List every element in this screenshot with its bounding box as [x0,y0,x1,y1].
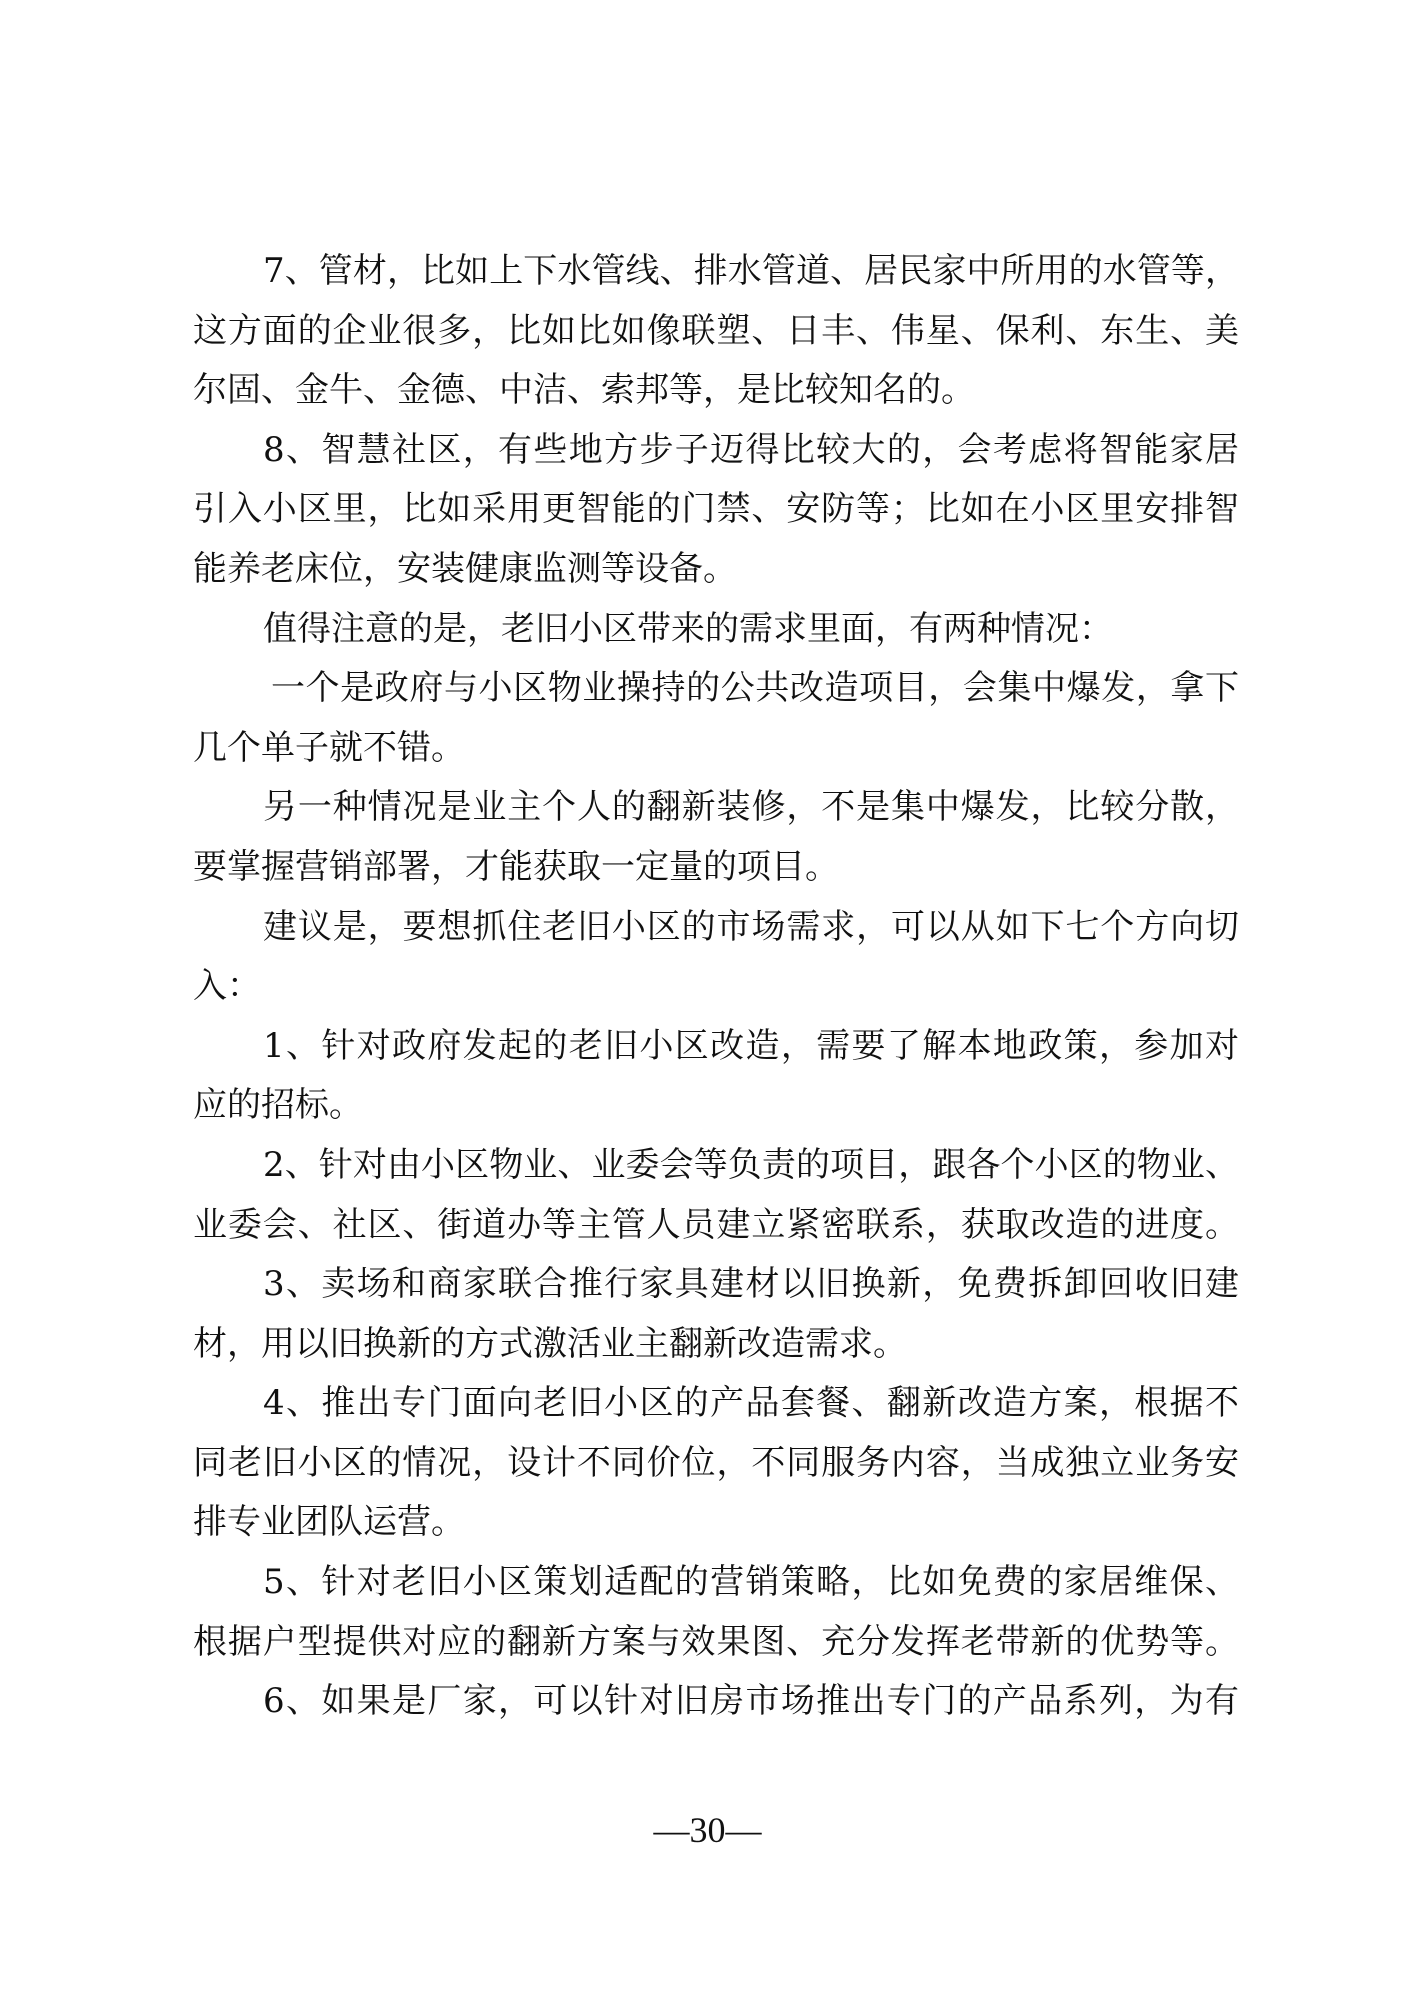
text-line: 引入小区里，比如采用更智能的门禁、安防等；比如在小区里安排智 [193,480,1239,540]
text-line: 6、如果是厂家，可以针对旧房市场推出专门的产品系列，为有 [193,1672,1239,1732]
text-line: 7、管材，比如上下水管线、排水管道、居民家中所用的水管等， [193,242,1239,302]
text-line: 建议是，要想抓住老旧小区的市场需求，可以从如下七个方向切 [193,898,1239,958]
text-line: 能养老床位，安装健康监测等设备。 [193,540,1239,600]
text-line: 应的招标。 [193,1076,1239,1136]
text-line: 根据户型提供对应的翻新方案与效果图、充分发挥老带新的优势等。 [193,1613,1239,1673]
text-line: 这方面的企业很多，比如比如像联塑、日丰、伟星、保利、东生、美 [193,302,1239,362]
text-line: 5、针对老旧小区策划适配的营销策略，比如免费的家居维保、 [193,1553,1239,1613]
document-page: 7、管材，比如上下水管线、排水管道、居民家中所用的水管等， 这方面的企业很多，比… [0,0,1415,2000]
text-line: 4、推出专门面向老旧小区的产品套餐、翻新改造方案，根据不 [193,1374,1239,1434]
text-line: 一个是政府与小区物业操持的公共改造项目，会集中爆发，拿下 [193,659,1239,719]
text-line: 排专业团队运营。 [193,1493,1239,1553]
text-line: 8、智慧社区，有些地方步子迈得比较大的，会考虑将智能家居 [193,421,1239,481]
text-line: 1、针对政府发起的老旧小区改造，需要了解本地政策，参加对 [193,1017,1239,1077]
text-line: 3、卖场和商家联合推行家具建材以旧换新，免费拆卸回收旧建 [193,1255,1239,1315]
text-line: 另一种情况是业主个人的翻新装修，不是集中爆发，比较分散， [193,778,1239,838]
body-text: 7、管材，比如上下水管线、排水管道、居民家中所用的水管等， 这方面的企业很多，比… [193,242,1239,1732]
text-line: 入： [193,957,1239,1017]
text-line: 尔固、金牛、金德、中洁、索邦等，是比较知名的。 [193,361,1239,421]
text-line: 几个单子就不错。 [193,719,1239,779]
text-line: 材，用以旧换新的方式激活业主翻新改造需求。 [193,1315,1239,1375]
text-line: 同老旧小区的情况，设计不同价位，不同服务内容，当成独立业务安 [193,1434,1239,1494]
page-number: —30— [0,1808,1415,1852]
text-line: 2、针对由小区物业、业委会等负责的项目，跟各个小区的物业、 [193,1136,1239,1196]
text-line: 值得注意的是，老旧小区带来的需求里面，有两种情况： [193,600,1239,660]
text-line: 业委会、社区、街道办等主管人员建立紧密联系，获取改造的进度。 [193,1196,1239,1256]
text-line: 要掌握营销部署，才能获取一定量的项目。 [193,838,1239,898]
